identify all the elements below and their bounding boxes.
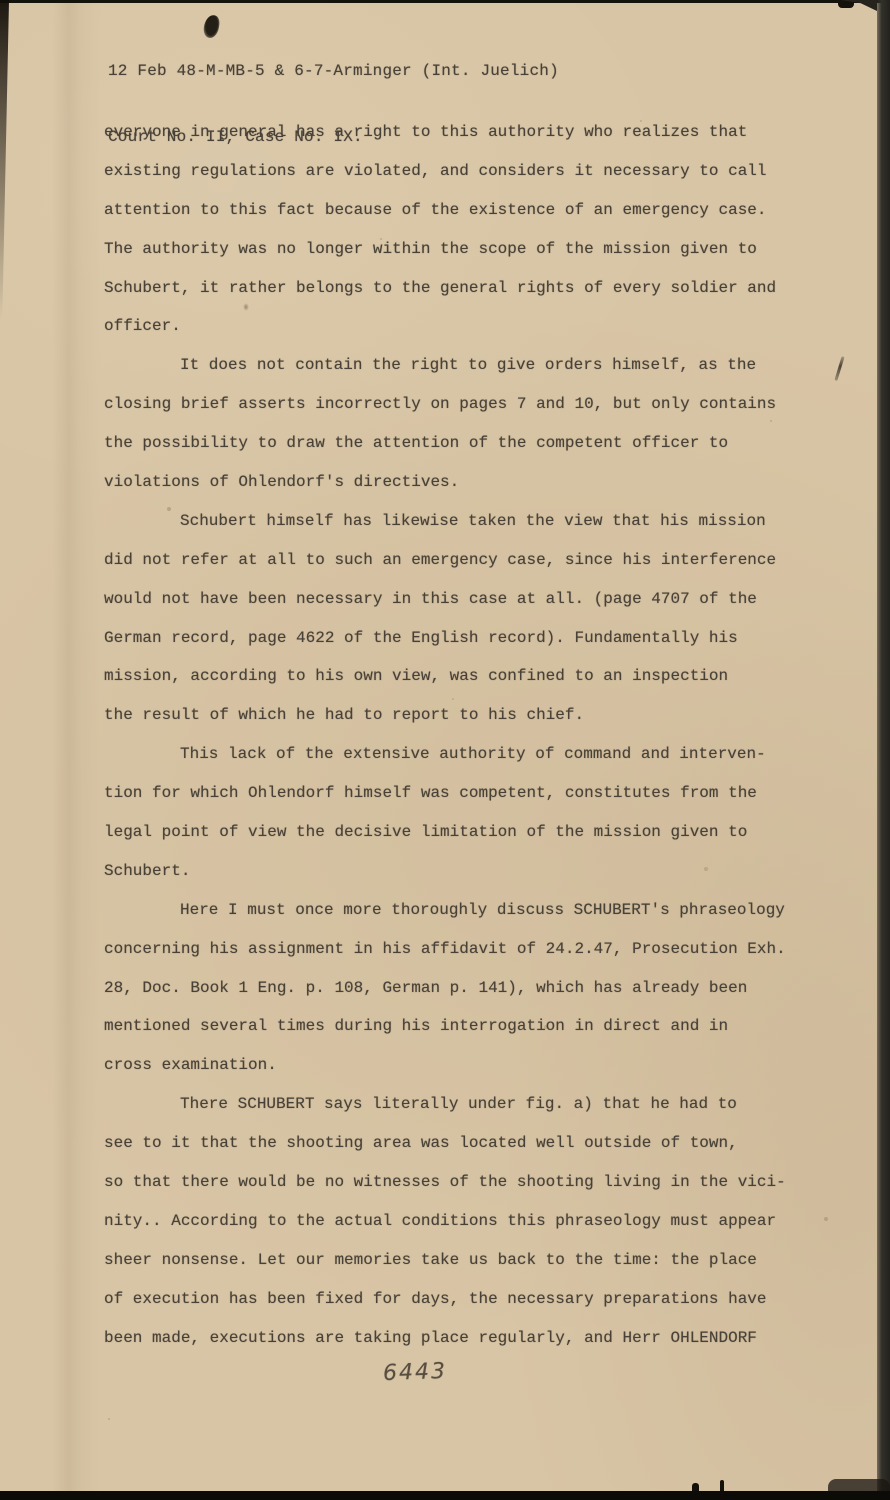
text-line: German record, page 4622 of the English … bbox=[104, 619, 844, 658]
text-line: The authority was no longer within the s… bbox=[104, 230, 844, 269]
text-line: 28, Doc. Book 1 Eng. p. 108, German p. 1… bbox=[104, 969, 844, 1008]
text-line: legal point of view the decisive limitat… bbox=[104, 813, 844, 852]
text-line: cross examination. bbox=[104, 1046, 844, 1085]
smudge-mark bbox=[243, 303, 249, 311]
scanned-paper-page: 12 Feb 48-M-MB-5 & 6-7-Arminger (Int. Ju… bbox=[0, 0, 890, 1500]
text-line: see to it that the shooting area was loc… bbox=[104, 1124, 844, 1163]
text-line: would not have been necessary in this ca… bbox=[104, 580, 844, 619]
header-line-1: 12 Feb 48-M-MB-5 & 6-7-Arminger (Int. Ju… bbox=[108, 60, 559, 82]
text-line: tion for which Ohlendorf himself was com… bbox=[104, 774, 844, 813]
page-number: 6443 bbox=[383, 1359, 448, 1386]
text-line: the possibility to draw the attention of… bbox=[104, 424, 844, 463]
text-line: the result of which he had to report to … bbox=[104, 696, 844, 735]
scan-edge-bottom bbox=[0, 1491, 890, 1500]
scan-edge-top bbox=[0, 0, 890, 3]
text-line: attention to this fact because of the ex… bbox=[104, 191, 844, 230]
text-line: sheer nonsense. Let our memories take us… bbox=[104, 1241, 844, 1280]
text-line: Schubert, it rather belongs to the gener… bbox=[104, 269, 844, 308]
text-line: mentioned several times during his inter… bbox=[104, 1007, 844, 1046]
text-line: closing brief asserts incorrectly on pag… bbox=[104, 385, 844, 424]
text-line: This lack of the extensive authority of … bbox=[104, 735, 844, 774]
text-line: Schubert himself has likewise taken the … bbox=[104, 502, 844, 541]
text-line: concerning his assignment in his affidav… bbox=[104, 930, 844, 969]
text-line: It does not contain the right to give or… bbox=[104, 346, 844, 385]
text-line: violations of Ohlendorf's directives. bbox=[104, 463, 844, 502]
text-line: nity.. According to the actual condition… bbox=[104, 1202, 844, 1241]
text-line: existing regulations are violated, and c… bbox=[104, 152, 844, 191]
paper-crease-shadow bbox=[52, 0, 100, 1500]
text-line: There SCHUBERT says literally under fig.… bbox=[104, 1085, 844, 1124]
text-line: did not refer at all to such an emergenc… bbox=[104, 541, 844, 580]
text-line: Here I must once more thoroughly discuss… bbox=[104, 891, 844, 930]
scan-edge-right bbox=[877, 0, 890, 1500]
text-line: been made, executions are taking place r… bbox=[104, 1319, 844, 1358]
document-body: everyone in general has a right to this … bbox=[104, 113, 844, 1358]
text-line: mission, according to his own view, was … bbox=[104, 657, 844, 696]
text-line: everyone in general has a right to this … bbox=[104, 113, 844, 152]
text-line: officer. bbox=[104, 307, 844, 346]
text-line: of execution has been fixed for days, th… bbox=[104, 1280, 844, 1319]
text-line: Schubert. bbox=[104, 852, 844, 891]
text-line: so that there would be no witnesses of t… bbox=[104, 1163, 844, 1202]
